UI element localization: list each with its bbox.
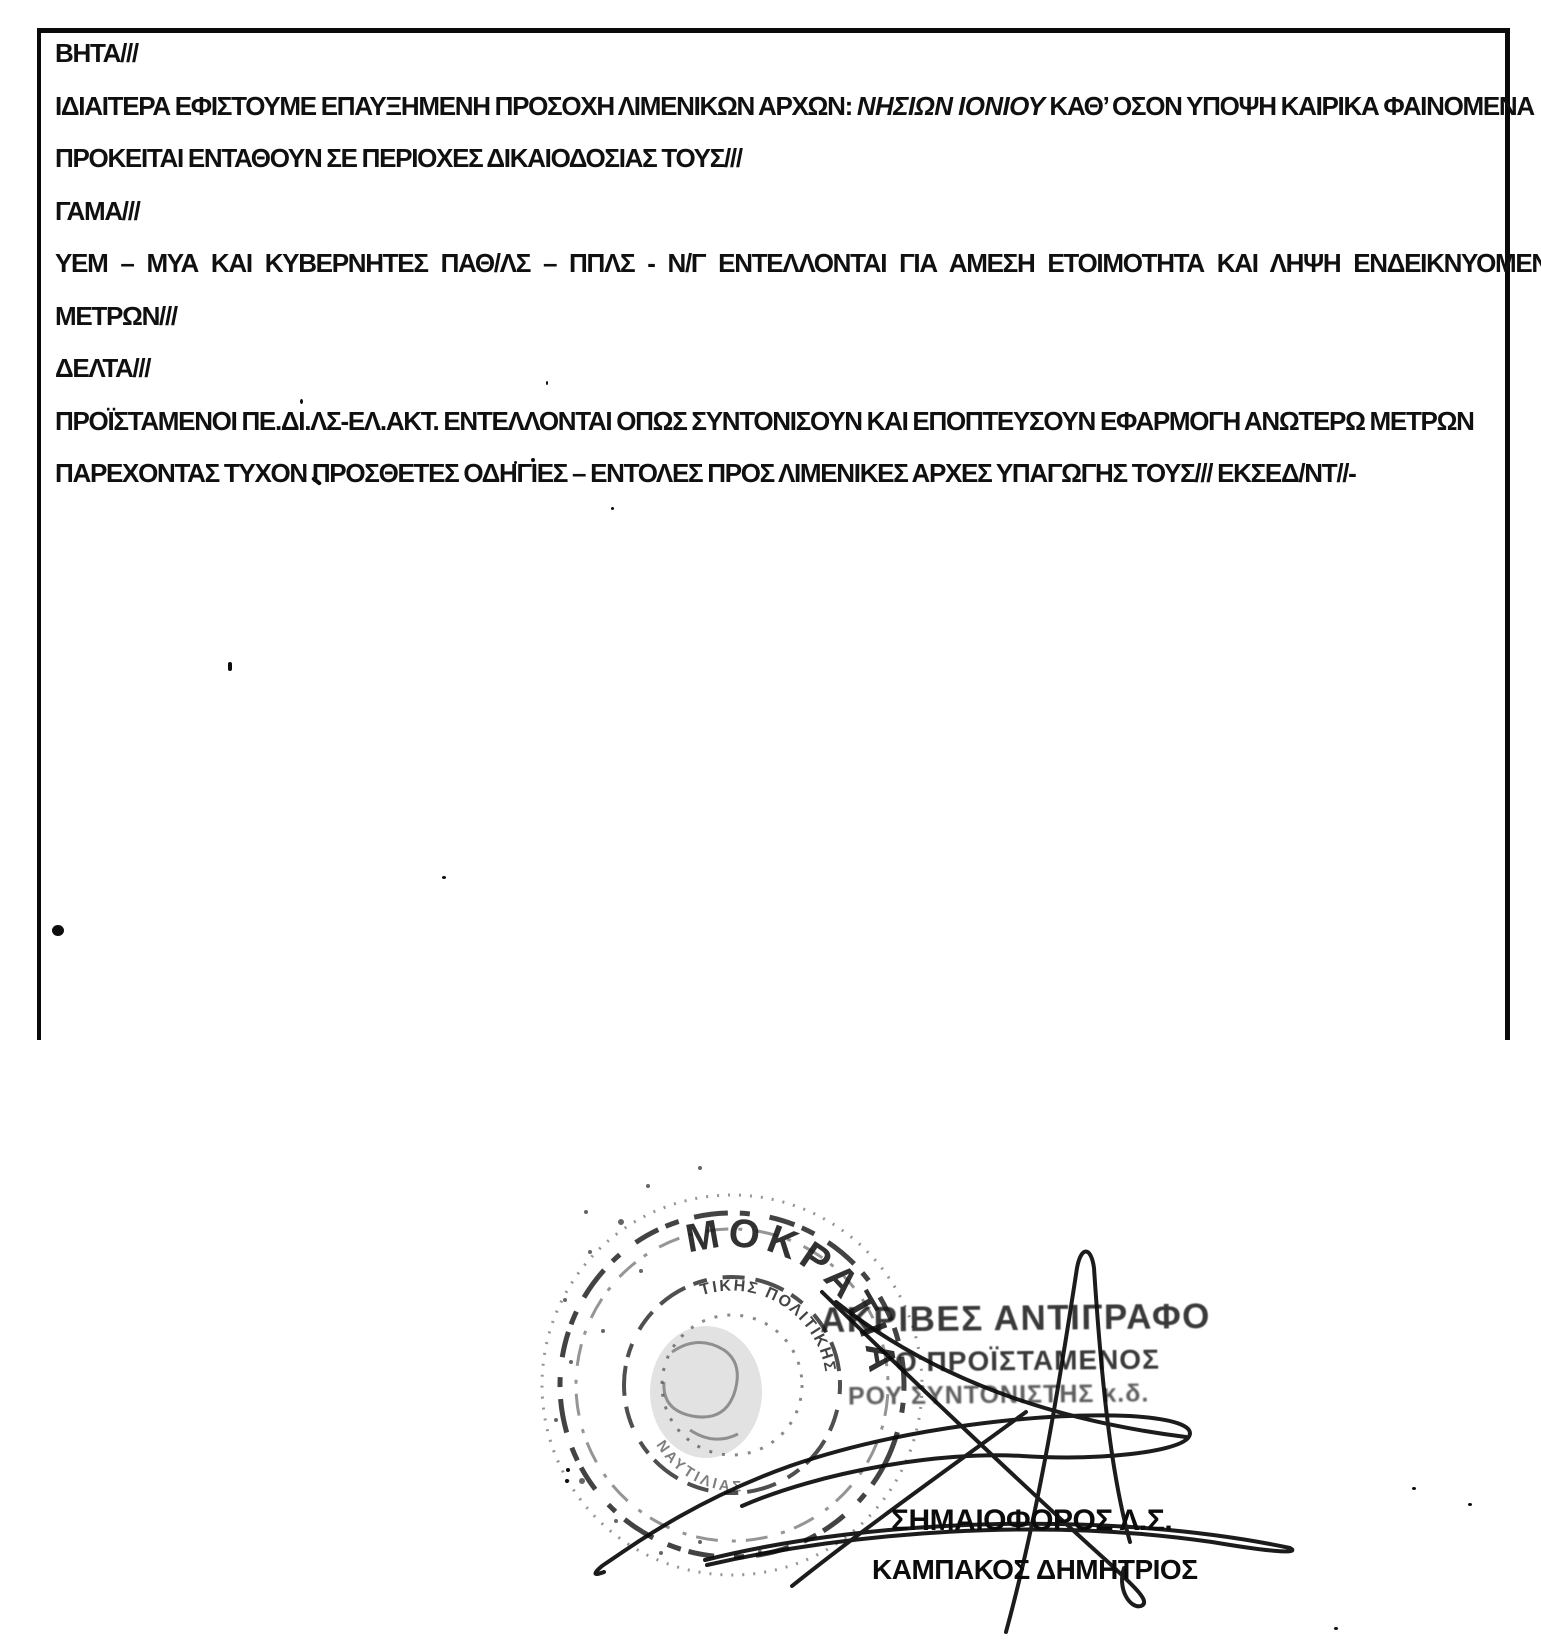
signature-stroke-spike (1006, 1252, 1130, 1633)
gamma-paragraph-line1: ΥΕΜ – ΜΥΑ ΚΑΙ ΚΥΒΕΡΝΗΤΕΣ ΠΑΘ/ΛΣ – ΠΠΛΣ -… (55, 237, 1505, 290)
emphasized-region-name: ΝΗΣΙΩΝ ΙΟΝΙΟΥ (857, 91, 1045, 121)
scanned-document-page: ΒΗΤΑ/// ΙΔΙΑΙΤΕΡΑ ΕΦΙΣΤΟΥΜΕ ΕΠΑΥΞΗΜΕΝΗ Π… (0, 0, 1541, 1640)
scan-speck (522, 465, 525, 467)
scan-speck (611, 507, 614, 510)
gamma-paragraph-line2: ΜΕΤΡΩΝ/// (55, 290, 1505, 343)
scan-speck (442, 876, 446, 879)
scan-speck (228, 662, 232, 671)
section-beta: ΒΗΤΑ/// (55, 27, 1505, 80)
beta-line1-suffix: ΚΑΘ’ ΟΣΟΝ ΥΠΟΨΗ ΚΑΙΡΙΚΑ ΦΑΙΝΟΜΕΝΑ (1044, 91, 1533, 121)
round-seal: ΜΟΚΡΑΤΙΑ ΤΙΚΗΣ ΠΟΛΙΤΙΚΗΣ ΝΑΥΤΙΛΙΑΣ (505, 1158, 959, 1612)
beta-paragraph-line2: ΠΡΟΚΕΙΤΑΙ ΕΝΤΑΘΟΥΝ ΣΕ ΠΕΡΙΟΧΕΣ ΔΙΚΑΙΟΔΟΣ… (55, 132, 1505, 185)
signature-stroke-crossing (792, 1412, 1026, 1586)
beta-line1-prefix: ΙΔΙΑΙΤΕΡΑ ΕΦΙΣΤΟΥΜΕ ΕΠΑΥΞΗΜΕΝΗ ΠΡΟΣΟΧΗ Λ… (55, 91, 857, 121)
message-text: ΒΗΤΑ/// ΙΔΙΑΙΤΕΡΑ ΕΦΙΣΤΟΥΜΕ ΕΠΑΥΞΗΜΕΝΗ Π… (41, 27, 1505, 500)
signature-stroke-sliver (705, 1524, 1292, 1565)
section-delta: ΔΕΛΤΑ/// (55, 342, 1505, 395)
scan-speck (300, 399, 303, 404)
scan-speck (52, 925, 64, 936)
scan-speck (514, 461, 517, 464)
delta-paragraph-line1: ΠΡΟΪΣΤΑΜΕΝΟΙ ΠΕ.ΔΙ.ΛΣ-ΕΛ.ΑΚΤ. ΕΝΤΕΛΛΟΝΤΑ… (55, 395, 1505, 448)
section-gamma: ΓΑΜΑ/// (55, 185, 1505, 238)
scan-speck (531, 458, 535, 462)
delta-paragraph-line2: ΠΑΡΕΧΟΝΤΑΣ ΤΥΧΟΝ ΠΡΟΣΘΕΤΕΣ ΟΔΗΓΙΕΣ – ΕΝΤ… (55, 447, 1505, 500)
message-frame: ΒΗΤΑ/// ΙΔΙΑΙΤΕΡΑ ΕΦΙΣΤΟΥΜΕ ΕΠΑΥΞΗΜΕΝΗ Π… (37, 28, 1510, 1040)
beta-paragraph-line1: ΙΔΙΑΙΤΕΡΑ ΕΦΙΣΤΟΥΜΕ ΕΠΑΥΞΗΜΕΝΗ ΠΡΟΣΟΧΗ Λ… (55, 80, 1505, 133)
scan-speck (1468, 1503, 1472, 1506)
seal-and-signature: ΜΟΚΡΑΤΙΑ ΤΙΚΗΣ ΠΟΛΙΤΙΚΗΣ ΝΑΥΤΙΛΙΑΣ (460, 1140, 1420, 1640)
signature-stroke-diagonal (822, 1292, 1144, 1606)
scan-speck (546, 381, 548, 385)
